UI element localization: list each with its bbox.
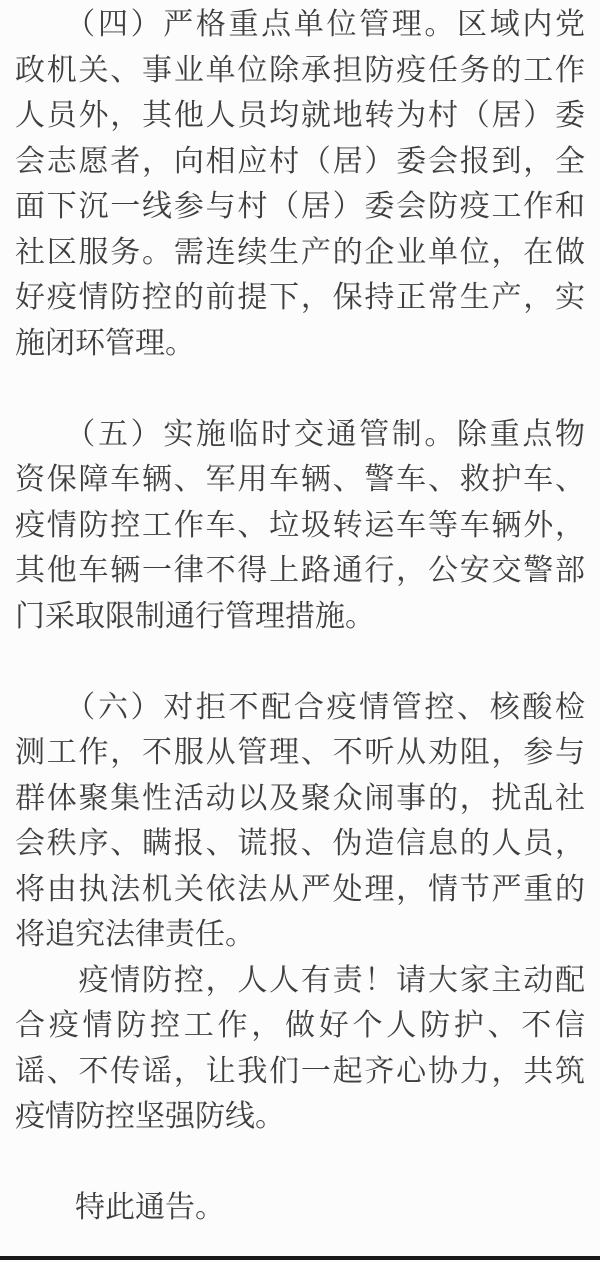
text-line: （五）实施临时交通管制。除重点物 [15,412,585,458]
text-line: 群体聚集性活动以及聚众闹事的，扰乱社 [15,776,585,822]
text-line: 疫情防控，人人有责！请大家主动配 [15,958,585,1004]
text-line: 会秩序、瞒报、谎报、伪造信息的人员， [15,821,585,867]
text-line: （四）严格重点单位管理。区域内党 [15,2,585,48]
text-line: 人员外，其他人员均就地转为村（居）委 [15,93,585,139]
text-line: 疫情防控坚强防线。 [15,1094,585,1140]
text-line: 社区服务。需连续生产的企业单位，在做 [15,230,585,276]
text-line: 疫情防控工作车、垃圾转运车等车辆外， [15,503,585,549]
text-line: （六）对拒不配合疫情管控、核酸检 [15,685,585,731]
text-line: 特此通告。 [15,1185,585,1231]
notice-document: （四）严格重点单位管理。区域内党政机关、事业单位除承担防疫任务的工作人员外，其他… [0,0,600,1231]
text-line: 将由执法机关依法从严处理，情节严重的 [15,867,585,913]
text-line: 将追究法律责任。 [15,912,585,958]
text-line: 测工作，不服从管理、不听从劝阻，参与 [15,730,585,776]
paragraphs-container: （四）严格重点单位管理。区域内党政机关、事业单位除承担防疫任务的工作人员外，其他… [15,2,585,1231]
text-line: 会志愿者，向相应村（居）委会报到，全 [15,139,585,185]
text-line: 面下沉一线参与村（居）委会防疫工作和 [15,184,585,230]
text-line: 政机关、事业单位除承担防疫任务的工作 [15,48,585,94]
text-line: 资保障车辆、军用车辆、警车、救护车、 [15,457,585,503]
para-closing-statement: 特此通告。 [15,1185,585,1231]
text-line: 好疫情防控的前提下，保持正常生产，实 [15,275,585,321]
text-line: 施闭环管理。 [15,321,585,367]
notice-page: { "page": { "background_color": "#fcfcfc… [0,0,600,1262]
text-line: 合疫情防控工作，做好个人防护、不信 [15,1003,585,1049]
text-line: 门采取限制通行管理措施。 [15,594,585,640]
para-item-5-traffic-control: （五）实施临时交通管制。除重点物资保障车辆、军用车辆、警车、救护车、疫情防控工作… [15,412,585,640]
para-item-6-enforcement: （六）对拒不配合疫情管控、核酸检测工作，不服从管理、不听从劝阻，参与群体聚集性活… [15,685,585,958]
para-item-4-key-units: （四）严格重点单位管理。区域内党政机关、事业单位除承担防疫任务的工作人员外，其他… [15,2,585,366]
text-line: 谣、不传谣，让我们一起齐心协力，共筑 [15,1049,585,1095]
para-public-appeal: 疫情防控，人人有责！请大家主动配合疫情防控工作，做好个人防护、不信谣、不传谣，让… [15,958,585,1140]
bottom-divider [0,1256,600,1260]
text-line: 其他车辆一律不得上路通行，公安交警部 [15,548,585,594]
